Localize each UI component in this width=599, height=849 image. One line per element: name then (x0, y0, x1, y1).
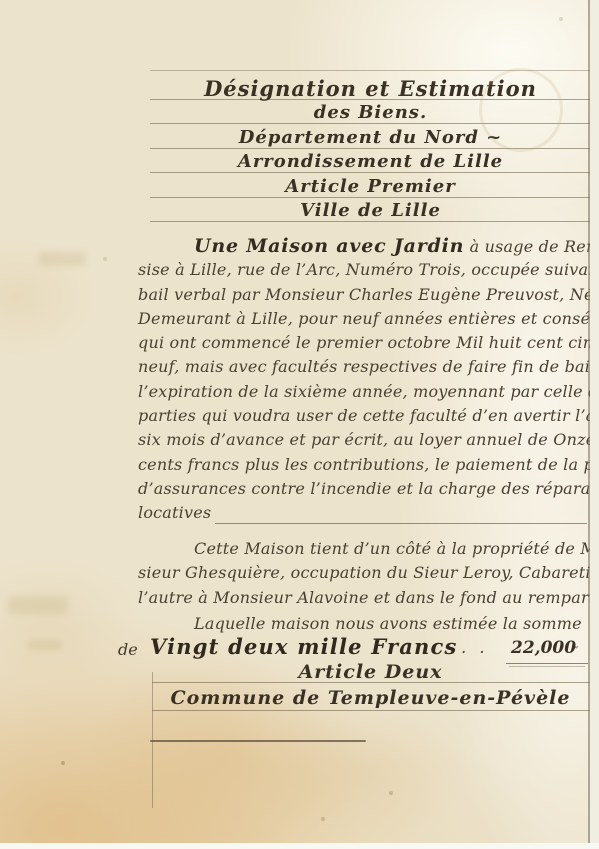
document-page: Désignation et Estimation des Biens. Dép… (0, 0, 599, 849)
heading-ville: Ville de Lille (150, 200, 591, 221)
ink-bleedthrough (28, 640, 62, 650)
text-line-first: Laquelle maison nous avons estimée la so… (194, 614, 582, 633)
amount-centimes-mark: ‴ (573, 646, 578, 657)
heading-arrondissement: Arrondissement de Lille (150, 151, 591, 172)
text-line: qui ont commencé le premier octobre Mil … (138, 331, 599, 355)
text-line: sieur Ghesquière, occupation du Sieur Le… (138, 561, 599, 585)
paper-speckles (0, 0, 2, 2)
text-line: l’autre à Monsieur Alavoine et dans le f… (138, 586, 599, 610)
ruled-line (150, 221, 591, 222)
text-line: l’expiration de la sixième année, moyenn… (138, 380, 599, 404)
text-line: Cette Maison tient d’un côté à la propri… (138, 537, 599, 561)
heading-commune: Commune de Templeuve-en-Pévèle (150, 687, 591, 709)
embossed-stamp-ring (479, 68, 563, 152)
heading-article-premier: Article Premier (150, 176, 591, 197)
paragraph-lead-bold: Une Maison avec Jardin (194, 235, 464, 257)
text-line: d’assurances contre l’incendie et la cha… (138, 477, 599, 501)
estimation-intro: Laquelle maison nous avons estimée la so… (138, 612, 582, 636)
ruled-line (150, 172, 591, 173)
paragraph-description: Une Maison avec Jardin à usage de Rentie… (138, 234, 599, 526)
closing-stroke (150, 740, 366, 742)
page-edge-margin (590, 0, 599, 849)
fill-rule (215, 523, 587, 524)
ink-bleedthrough (38, 252, 86, 266)
margin-rule (152, 672, 153, 808)
heading-article-deux: Article Deux (150, 661, 591, 683)
paragraph-boundaries: Cette Maison tient d’un côté à la propri… (138, 537, 599, 610)
text-line-rest: à usage de Rentier (464, 237, 599, 256)
text-line: locatives (138, 501, 599, 525)
amount-dots: . . . (443, 638, 488, 657)
amount-lead: de (118, 640, 138, 659)
amount-words: Vingt deux mille Francs (150, 634, 458, 659)
text-line: bail verbal par Monsieur Charles Eugène … (138, 283, 599, 307)
ruled-line (152, 682, 591, 683)
text-line: cents francs plus les contributions, le … (138, 453, 599, 477)
ruled-line (150, 197, 591, 198)
text-line: sise à Lille, rue de l’Arc, Numéro Trois… (138, 258, 599, 282)
text-line: parties qui voudra user de cette faculté… (138, 404, 599, 428)
page-edge-margin (0, 843, 599, 849)
text-line-first: Cette Maison tient d’un côté à la propri… (194, 539, 599, 558)
text-line: Demeurant à Lille, pour neuf années enti… (138, 307, 599, 331)
ruled-line (152, 710, 591, 711)
text-line: six mois d’avance et par écrit, au loyer… (138, 428, 599, 452)
text-line: Une Maison avec Jardin à usage de Rentie… (138, 234, 599, 258)
amount-value: 22,000 (511, 638, 576, 658)
text-line: Laquelle maison nous avons estimée la so… (138, 612, 582, 636)
text-line: neuf, mais avec facultés respectives de … (138, 355, 599, 379)
ink-bleedthrough (8, 596, 68, 614)
